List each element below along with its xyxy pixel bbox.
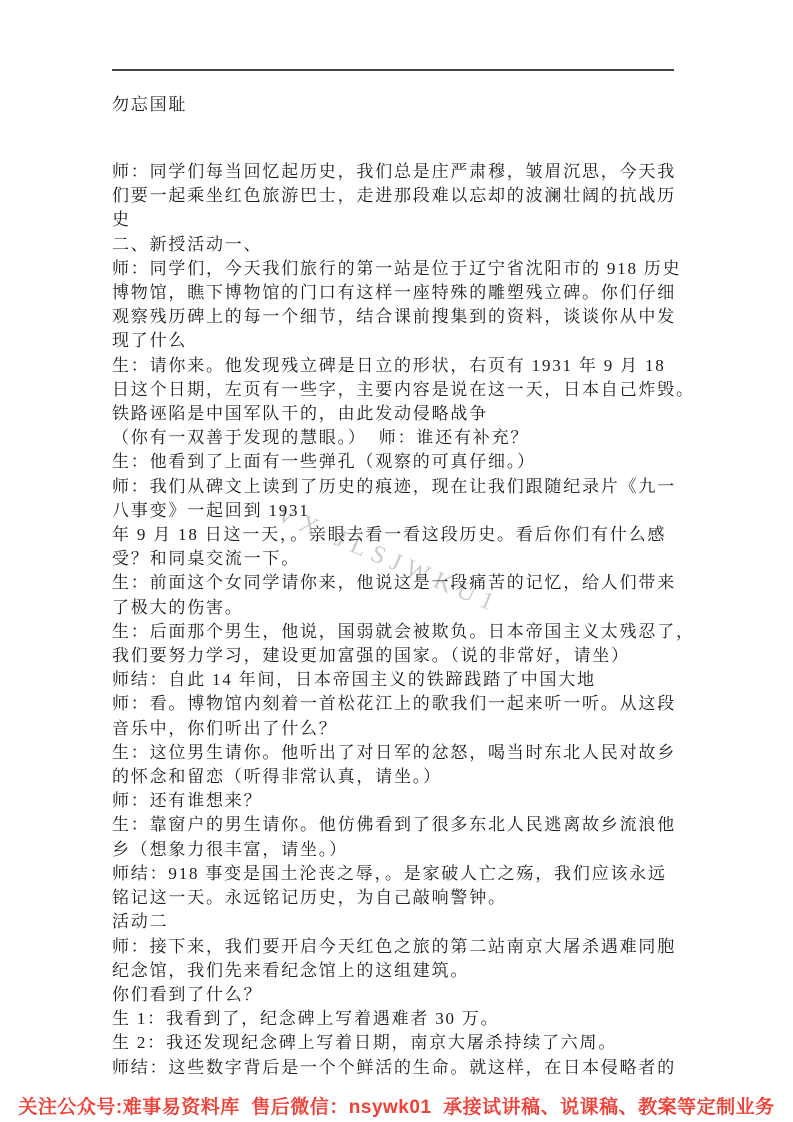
document-line: （你有一双善于发现的慧眼。） 师：谁还有补充？ [112,426,712,450]
document-line: 师：接下来，我们要开启今天红色之旅的第二站南京大屠杀遇难同胞 [112,935,712,959]
document-line: 师：我们从碑文上读到了历史的痕迹，现在让我们跟随纪录片《九一 [112,475,712,499]
document-line: 们要一起乘坐红色旅游巴士，走进那段难以忘却的波澜壮阔的抗战历 [112,184,712,208]
document-line: 生 2：我还发现纪念碑上写着日期，南京大屠杀持续了六周。 [112,1031,712,1055]
document-line: 乡（想象力很丰富，请坐。） [112,838,712,862]
document-line: 师结：918 事变是国土沦丧之辱，。是家破人亡之殇，我们应该永远 [112,862,712,886]
document-title: 勿忘国耻 [112,90,187,115]
document-line: 年 9 月 18 日这一天，。亲眼去看一看这段历史。看后你们有什么感 [112,523,712,547]
document-line: 八事变》一起回到 1931 [112,499,712,523]
document-line: 日这个日期，左页有一些字，主要内容是说在这一天，日本自己炸毁。 [112,378,712,402]
document-line: 铭记这一天。永远铭记历史，为自己敲响警钟。 [112,886,712,910]
document-line: 史 [112,208,712,232]
document-line: 生：请你来。他发现残立碑是日立的形状，右页有 1931 年 9 月 18 [112,354,712,378]
document-line: 音乐中，你们听出了什么？ [112,717,712,741]
document-line: 活动二 [112,910,712,934]
document-line: 了极大的伤害。 [112,596,712,620]
document-line: 博物馆，瞧下博物馆的门口有这样一座特殊的雕塑残立碑。你们仔细 [112,281,712,305]
document-line: 铁路诬陷是中国军队干的，由此发动侵略战争 [112,402,712,426]
document-line: 师：还有谁想来？ [112,789,712,813]
document-line: 生：这位男生请你。他听出了对日军的忿怒，喝当时东北人民对故乡 [112,741,712,765]
document-line: 纪念馆，我们先来看纪念馆上的这组建筑。 [112,959,712,983]
document-line: 生 1：我看到了，纪念碑上写着遇难者 30 万。 [112,1007,712,1031]
document-line: 生：靠窗户的男生请你。他仿佛看到了很多东北人民逃离故乡流浪他 [112,813,712,837]
document-line: 观察残历碑上的每一个细节，结合课前搜集到的资料，谈谈你从中发 [112,305,712,329]
document-line: 师：看。博物馆内刻着一首松花江上的歌我们一起来听一听。从这段 [112,692,712,716]
document-line: 师结：自此 14 年间，日本帝国主义的铁蹄践踏了中国大地 [112,668,712,692]
horizontal-rule [112,69,674,71]
document-line: 现了什么 [112,329,712,353]
document-line: 师结：这些数字背后是一个个鲜活的生命。就这样，在日本侵略者的 [112,1056,712,1080]
promo-footer: 关注公众号:难事易资料库 售后微信：nsywk01 承接试讲稿、说课稿、教案等定… [0,1092,793,1119]
document-line: 生：前面这个女同学请你来，他说这是一段痛苦的记忆，给人们带来 [112,571,712,595]
document-line: 师：同学们每当回忆起历史，我们总是庄严肃穆，皱眉沉思，今天我 [112,160,712,184]
document-line: 生：他看到了上面有一些弹孔（观察的可真仔细。） [112,450,712,474]
document-line: 你们看到了什么？ [112,983,712,1007]
document-line: 的怀念和留恋（听得非常认真，请坐。） [112,765,712,789]
document-line: 受？和同桌交流一下。 [112,547,712,571]
document-line: 师：同学们，今天我们旅行的第一站是位于辽宁省沈阳市的 918 历史 [112,257,712,281]
document-line: 我们要努力学习，建设更加富强的国家。（说的非常好，请坐） [112,644,712,668]
document-body: 师：同学们每当回忆起历史，我们总是庄严肃穆，皱眉沉思，今天我们要一起乘坐红色旅游… [112,160,712,1080]
document-line: 生：后面那个男生，他说，国弱就会被欺负。日本帝国主义太残忍了， [112,620,712,644]
document-line: 二、新授活动一、 [112,233,712,257]
document-page: 勿忘国耻 VX.JLSJWKU1 师：同学们每当回忆起历史，我们总是庄严肃穆，皱… [0,0,793,1122]
